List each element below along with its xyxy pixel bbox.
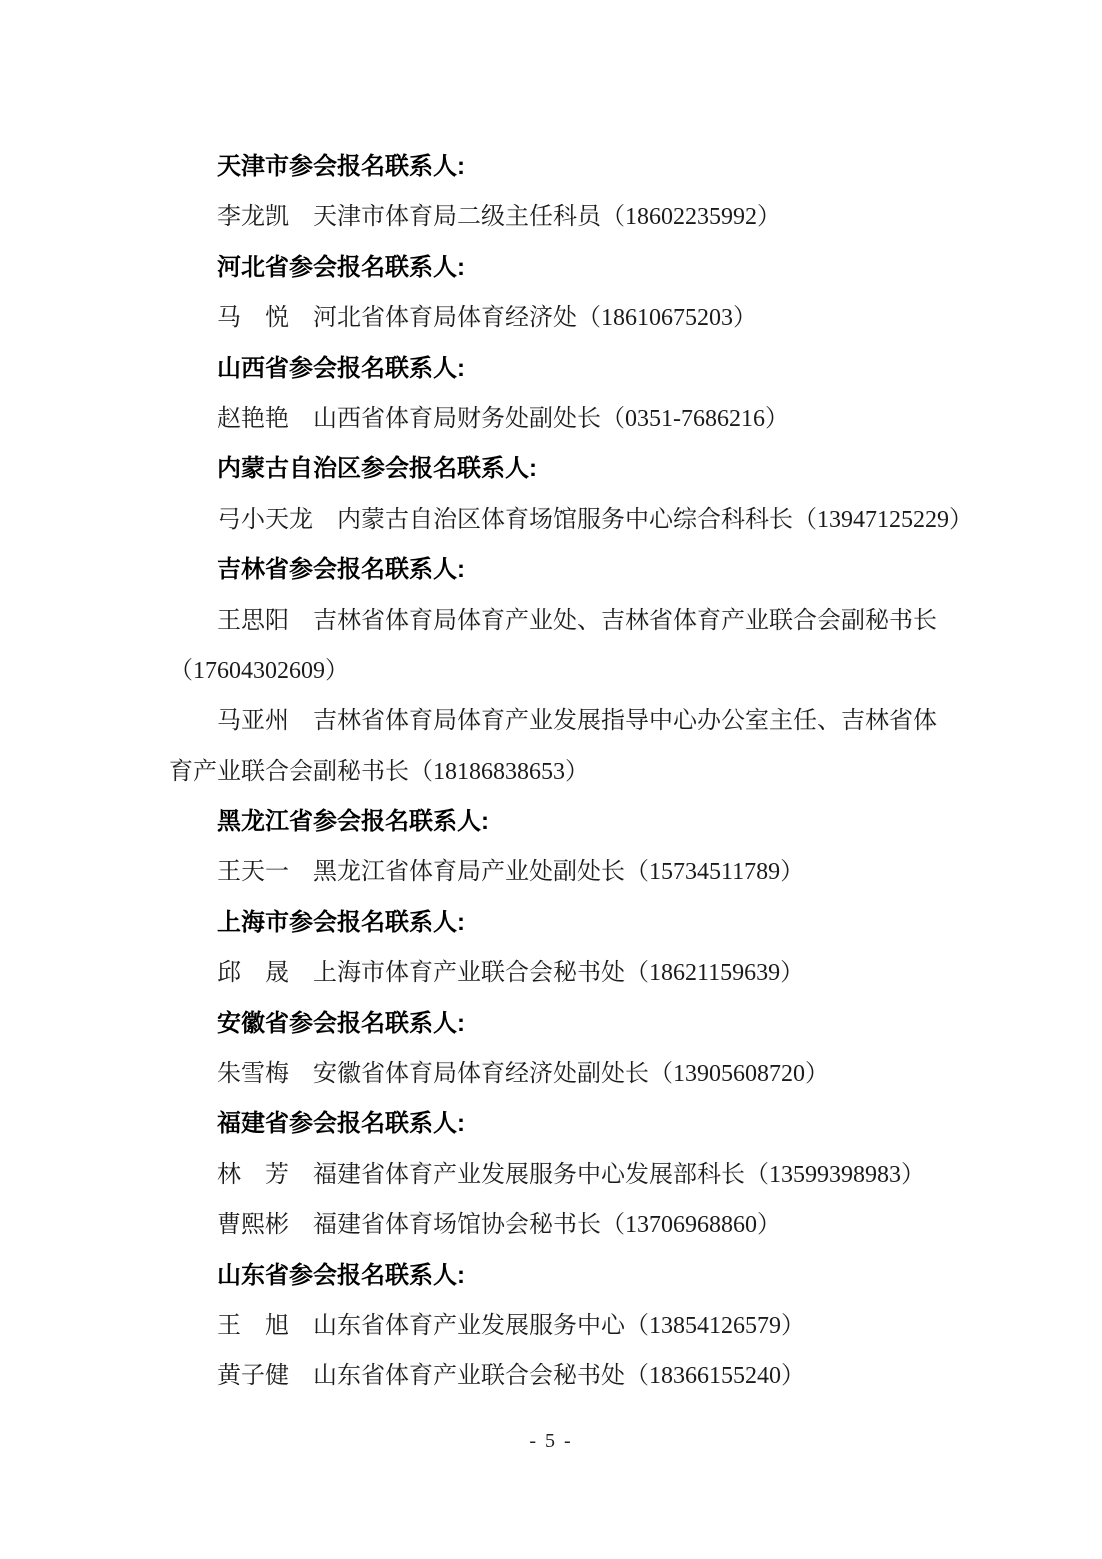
document-page: 天津市参会报名联系人:李龙凯 天津市体育局二级主任科员（18602235992）… [0, 0, 1102, 1559]
section-heading: 天津市参会报名联系人: [169, 142, 979, 192]
contact-line: 邱 晟 上海市体育产业联合会秘书处（18621159639） [169, 948, 979, 998]
page-number: - 5 - [0, 1430, 1102, 1453]
section-heading: 内蒙古自治区参会报名联系人: [169, 444, 979, 494]
contact-line: 王思阳 吉林省体育局体育产业处、吉林省体育产业联合会副秘书长 [169, 596, 979, 646]
contact-line: 黄子健 山东省体育产业联合会秘书处（18366155240） [169, 1351, 979, 1401]
contact-line: 曹熙彬 福建省体育场馆协会秘书长（13706968860） [169, 1200, 979, 1250]
section-heading: 上海市参会报名联系人: [169, 898, 979, 948]
section-heading: 山东省参会报名联系人: [169, 1251, 979, 1301]
section-heading: 山西省参会报名联系人: [169, 344, 979, 394]
contact-line: 林 芳 福建省体育产业发展服务中心发展部科长（13599398983） [169, 1150, 979, 1200]
contact-line-continuation: （17604302609） [169, 646, 979, 696]
section-heading: 黑龙江省参会报名联系人: [169, 797, 979, 847]
contact-line: 朱雪梅 安徽省体育局体育经济处副处长（13905608720） [169, 1049, 979, 1099]
contact-line-continuation: 育产业联合会副秘书长（18186838653） [169, 747, 979, 797]
contact-line: 王天一 黑龙江省体育局产业处副处长（15734511789） [169, 847, 979, 897]
section-heading: 安徽省参会报名联系人: [169, 999, 979, 1049]
contact-line: 赵艳艳 山西省体育局财务处副处长（0351-7686216） [169, 394, 979, 444]
document-body: 天津市参会报名联系人:李龙凯 天津市体育局二级主任科员（18602235992）… [169, 142, 979, 1402]
contact-line: 马亚州 吉林省体育局体育产业发展指导中心办公室主任、吉林省体 [169, 696, 979, 746]
contact-line: 李龙凯 天津市体育局二级主任科员（18602235992） [169, 192, 979, 242]
section-heading: 吉林省参会报名联系人: [169, 545, 979, 595]
contact-line: 马 悦 河北省体育局体育经济处（18610675203） [169, 293, 979, 343]
contact-line: 弓小天龙 内蒙古自治区体育场馆服务中心综合科科长（13947125229） [169, 495, 979, 545]
section-heading: 福建省参会报名联系人: [169, 1099, 979, 1149]
contact-line: 王 旭 山东省体育产业发展服务中心（13854126579） [169, 1301, 979, 1351]
section-heading: 河北省参会报名联系人: [169, 243, 979, 293]
